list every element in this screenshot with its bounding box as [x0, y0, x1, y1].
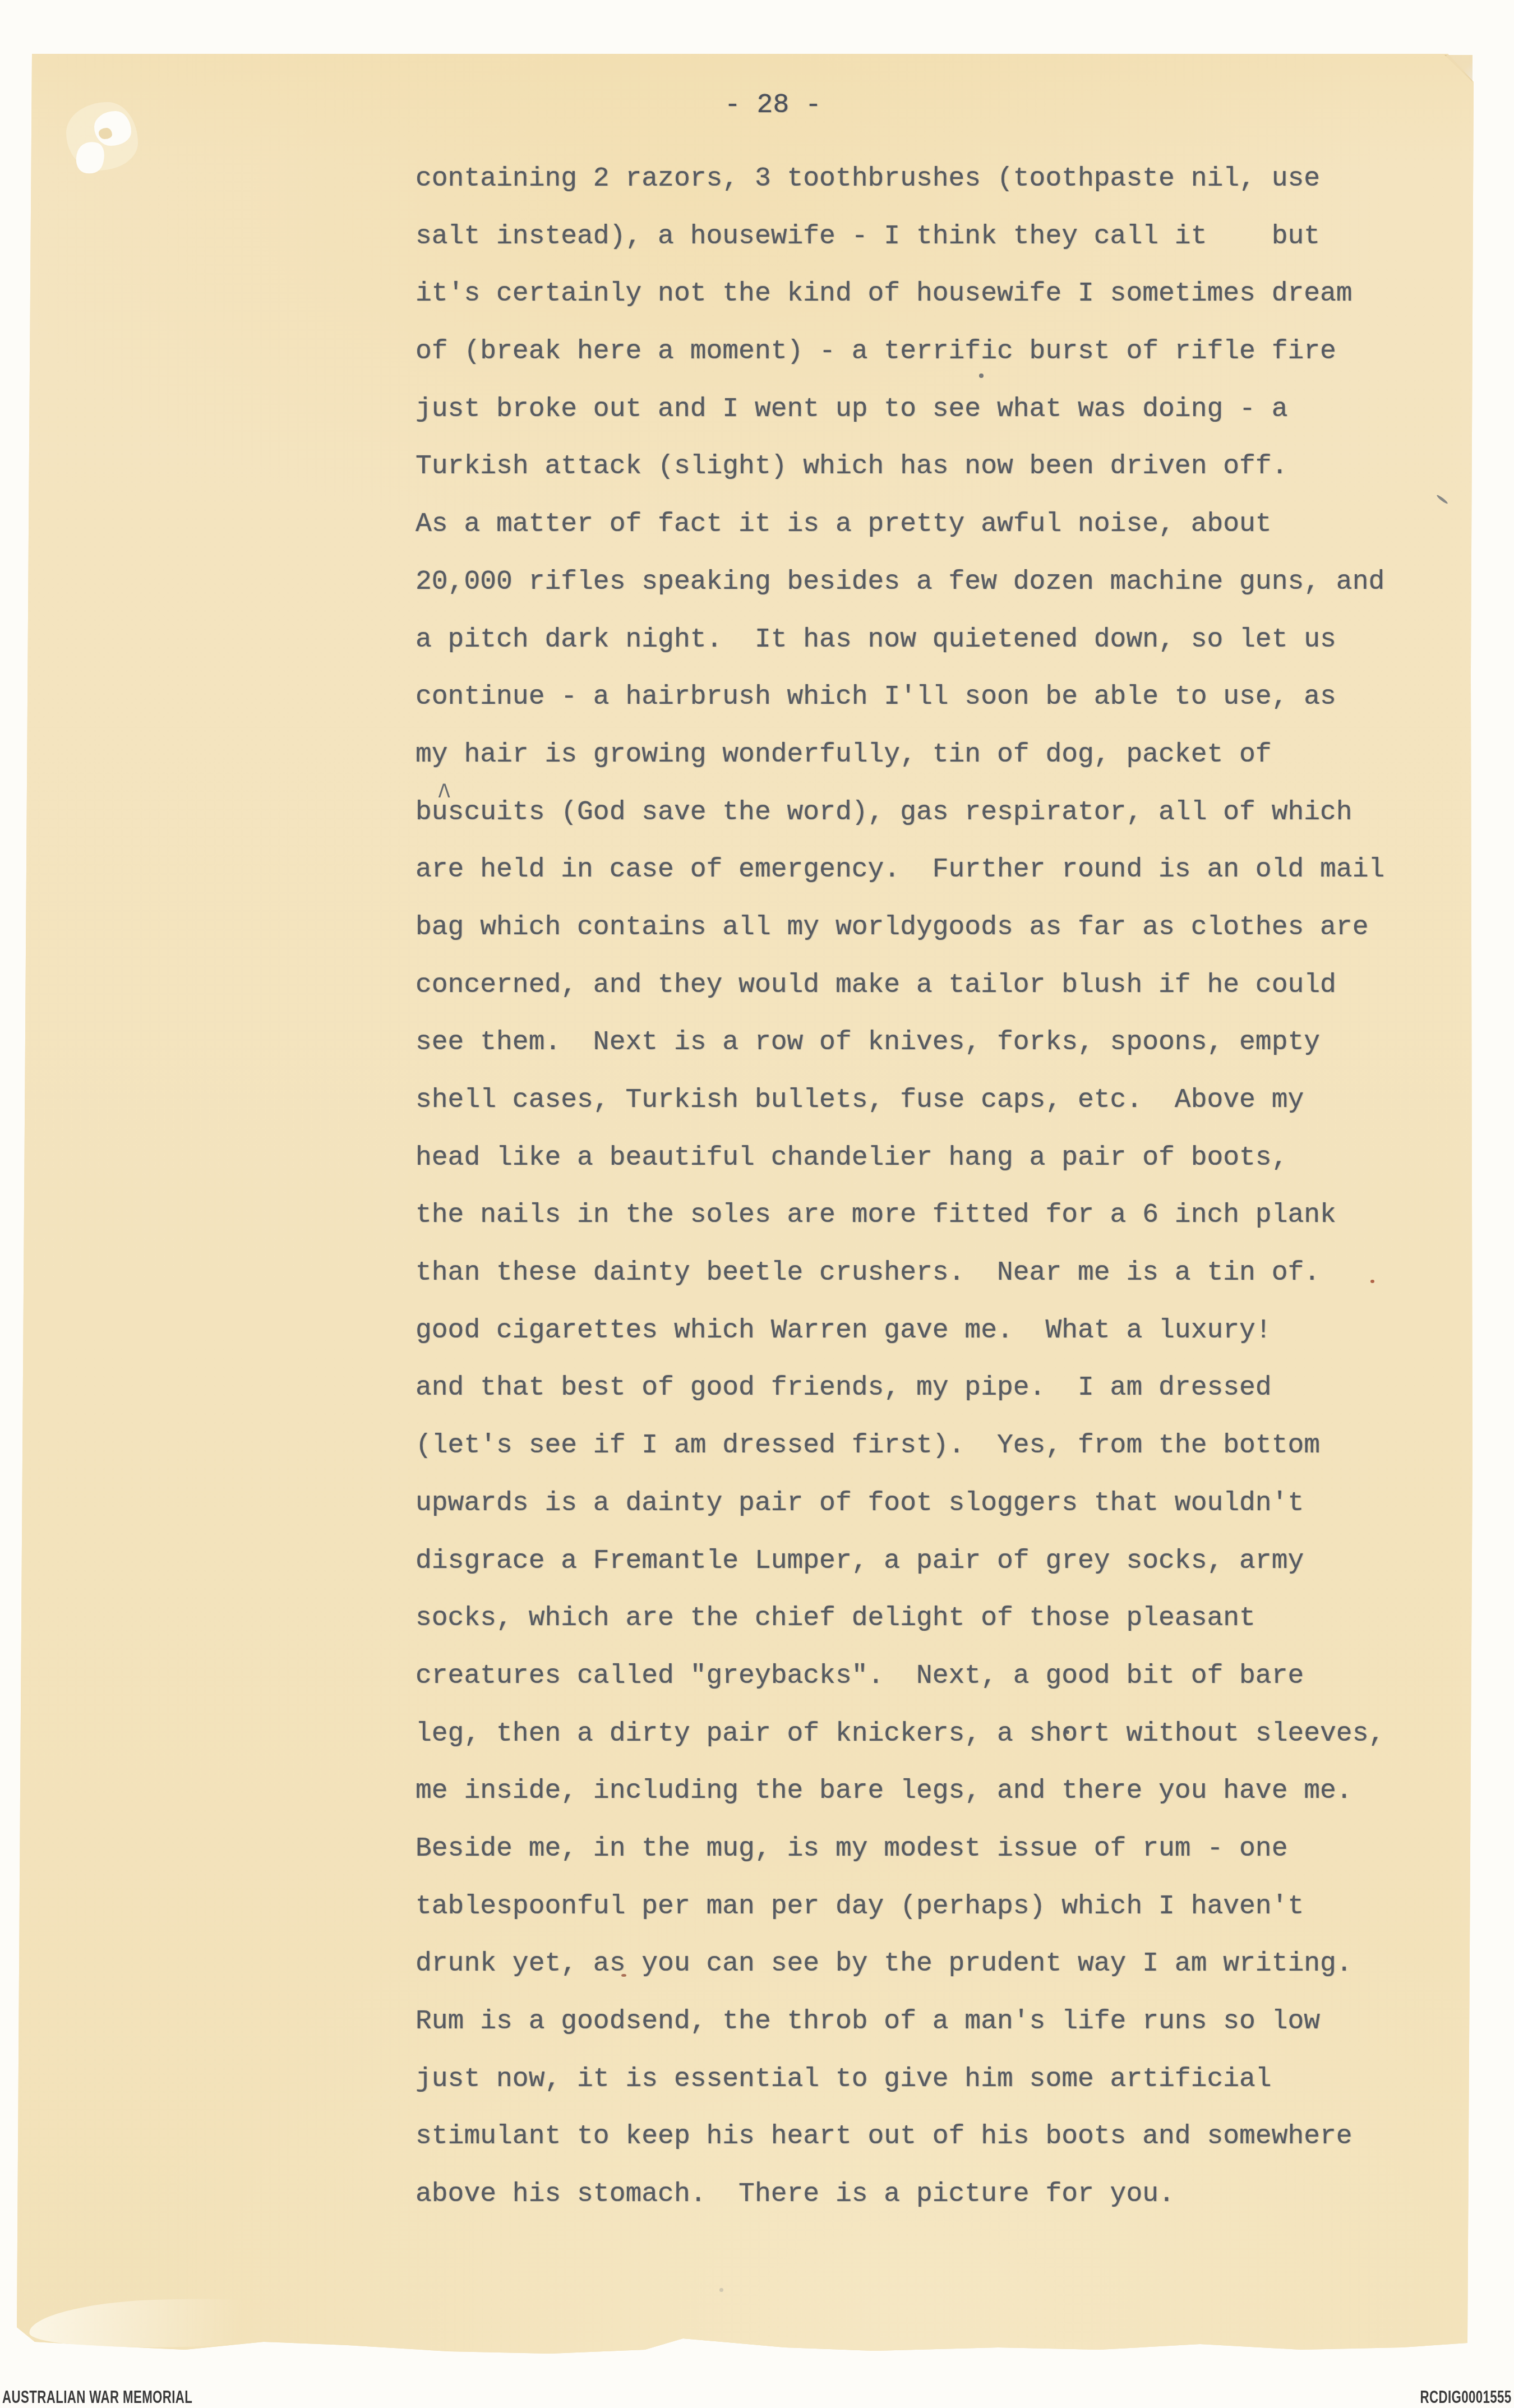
typewritten-text-block: containing 2 razors, 3 toothbrushes (too…	[416, 150, 1425, 2224]
ink-dot-between-lines	[979, 373, 984, 378]
archive-name-label: AUSTRALIAN WAR MEMORIAL	[2, 2387, 192, 2408]
red-speck-under-as	[621, 1974, 626, 1977]
typed-text-line: a pitch dark night. It has now quietened…	[416, 611, 1425, 669]
typed-text-line: good cigarettes which Warren gave me. Wh…	[416, 1302, 1425, 1360]
typed-text-line: concerned, and they would make a tailor …	[416, 957, 1425, 1014]
typed-text-line: disgrace a Fremantle Lumper, a pair of g…	[416, 1533, 1425, 1590]
typed-text-line: are held in case of emergency. Further r…	[416, 841, 1425, 899]
paper-tear-hole	[94, 111, 131, 146]
typed-text-line: Rum is a goodsend, the throb of a man's …	[416, 1993, 1425, 2051]
typed-text-line: containing 2 razors, 3 toothbrushes (too…	[416, 150, 1425, 208]
typed-text-line: (let's see if I am dressed first). Yes, …	[416, 1417, 1425, 1475]
typed-text-line: Turkish attack (slight) which has now be…	[416, 438, 1425, 496]
typed-text-line: my hair is growing wonderfully, tin of d…	[416, 726, 1425, 784]
dot-above-short-o	[1065, 1730, 1069, 1734]
faint-speck-bottom	[719, 2288, 723, 2292]
typed-text-line: tablespoonful per man per day (perhaps) …	[416, 1878, 1425, 1936]
archive-reference-label: RCDIG0001555	[1420, 2387, 1512, 2408]
typed-text-line: As a matter of fact it is a pretty awful…	[416, 496, 1425, 553]
typed-text-line: buscuits (God save the word), gas respir…	[416, 784, 1425, 842]
insertion-caret: ^	[437, 781, 451, 812]
typed-text-line: above his stomach. There is a picture fo…	[416, 2166, 1425, 2224]
typed-text-line: just now, it is essential to give him so…	[416, 2051, 1425, 2109]
typed-text-line: creatures called "greybacks". Next, a go…	[416, 1648, 1425, 1705]
typed-text-line: leg, then a dirty pair of knickers, a sh…	[416, 1705, 1425, 1763]
typed-text-line: Beside me, in the mug, is my modest issu…	[416, 1820, 1425, 1878]
typed-text-line: socks, which are the chief delight of th…	[416, 1590, 1425, 1648]
typed-text-line: the nails in the soles are more fitted f…	[416, 1187, 1425, 1244]
typed-text-line: drunk yet, as you can see by the prudent…	[416, 1935, 1425, 1993]
typed-text-line: bag which contains all my worldygoods as…	[416, 899, 1425, 957]
typed-text-line: shell cases, Turkish bullets, fuse caps,…	[416, 1072, 1425, 1129]
typed-text-line: continue - a hairbrush which I'll soon b…	[416, 668, 1425, 726]
typed-text-line: head like a beautiful chandelier hang a …	[416, 1129, 1425, 1187]
typed-text-line: stimulant to keep his heart out of his b…	[416, 2108, 1425, 2166]
typed-text-line: and that best of good friends, my pipe. …	[416, 1359, 1425, 1417]
red-speck-after-tin-of	[1370, 1280, 1374, 1283]
document-scan: - 28 - containing 2 razors, 3 toothbrush…	[0, 0, 1514, 2408]
typed-text-line: just broke out and I went up to see what…	[416, 381, 1425, 439]
typed-text-line: of (break here a moment) - a terrific bu…	[416, 323, 1425, 381]
page-number: - 28 -	[724, 89, 821, 122]
typed-text-line: see them. Next is a row of knives, forks…	[416, 1014, 1425, 1072]
paper-tear-flake-2	[99, 128, 112, 139]
typed-text-line: 20,000 rifles speaking besides a few doz…	[416, 553, 1425, 611]
typed-text-line: salt instead), a housewife - I think the…	[416, 208, 1425, 266]
typed-text-line: upwards is a dainty pair of foot slogger…	[416, 1475, 1425, 1533]
typed-text-line: than these dainty beetle crushers. Near …	[416, 1244, 1425, 1302]
typed-text-line: me inside, including the bare legs, and …	[416, 1763, 1425, 1820]
typed-text-line: it's certainly not the kind of housewife…	[416, 265, 1425, 323]
